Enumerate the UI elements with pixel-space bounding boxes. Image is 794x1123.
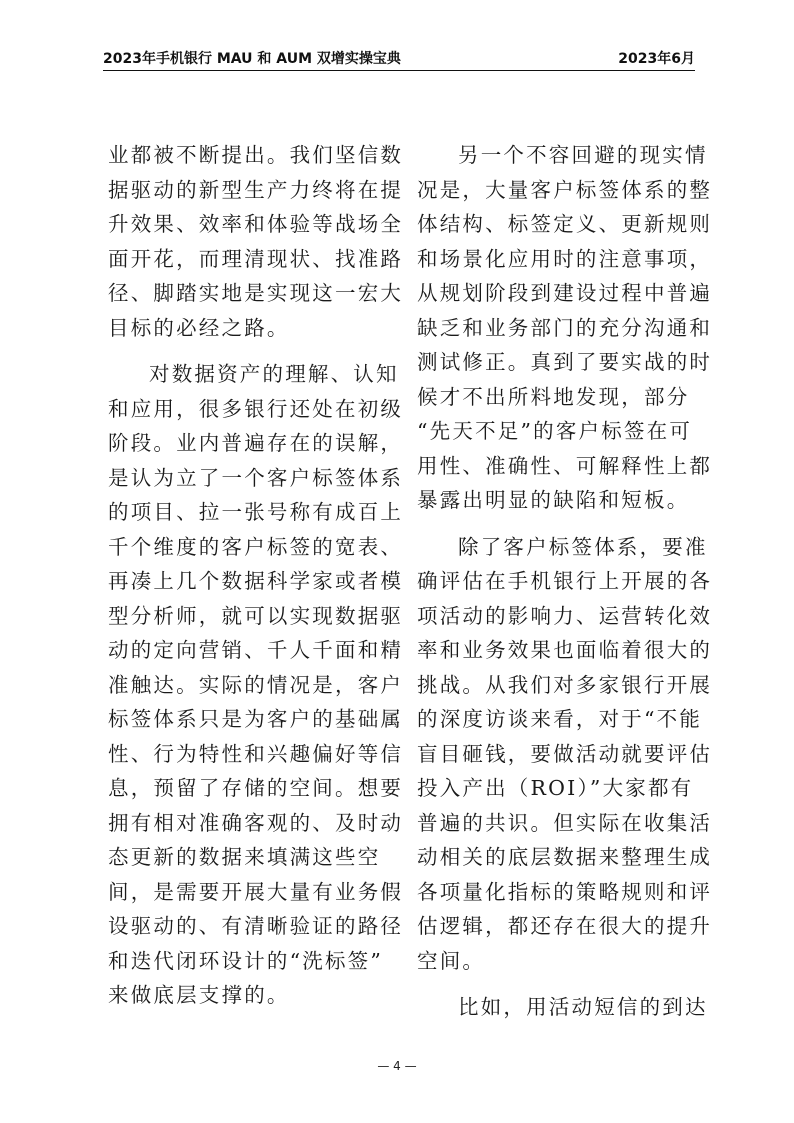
text-line: 升效果、效率和体验等战场全 xyxy=(108,207,390,242)
document-date: 2023年6月 xyxy=(618,48,695,68)
text-line: 空间。 xyxy=(417,944,699,979)
text-line: 和应用，很多银行还处在初级 xyxy=(108,392,390,427)
text-line: 径、脚踏实地是实现这一宏大 xyxy=(108,276,390,311)
text-line: 和场景化应用时的注意事项， xyxy=(417,242,699,277)
text-line: 普遍的共识。但实际在收集活 xyxy=(417,806,699,841)
text-line: 盲目砸钱，要做活动就要评估 xyxy=(417,737,699,772)
text-line: 的项目、拉一张号称有成百上 xyxy=(108,495,390,530)
text-line: 估逻辑，都还存在很大的提升 xyxy=(417,909,699,944)
text-line: 对数据资产的理解、认知 xyxy=(108,357,390,392)
text-line: 拥有相对准确客观的、及时动 xyxy=(108,806,390,841)
text-line: 目标的必经之路。 xyxy=(108,311,390,346)
text-line: 业都被不断提出。我们坚信数 xyxy=(108,138,390,173)
text-line: 缺乏和业务部门的充分沟通和 xyxy=(417,311,699,346)
text-line: 间，是需要开展大量有业务假 xyxy=(108,875,390,910)
text-line: 性、行为特性和兴趣偏好等信 xyxy=(108,737,390,772)
text-line: 阶段。业内普遍存在的误解， xyxy=(108,426,390,461)
text-line: 千个维度的客户标签的宽表、 xyxy=(108,530,390,565)
text-line: 动的定向营销、千人千面和精 xyxy=(108,633,390,668)
text-line: 来做底层支撑的。 xyxy=(108,978,390,1013)
text-line: 除了客户标签体系，要准 xyxy=(417,530,699,565)
paragraph-gap xyxy=(108,345,390,357)
text-line: 面开花，而理清现状、找准路 xyxy=(108,242,390,277)
text-line: 暴露出明显的缺陷和短板。 xyxy=(417,483,699,518)
paragraph: 除了客户标签体系，要准确评估在手机银行上开展的各项活动的影响力、运营转化效率和业… xyxy=(417,530,699,979)
paragraph-gap xyxy=(417,518,699,530)
text-line: 息，预留了存储的空间。想要 xyxy=(108,771,390,806)
text-line: 型分析师，就可以实现数据驱 xyxy=(108,599,390,634)
text-line: 态更新的数据来填满这些空 xyxy=(108,840,390,875)
text-line: 和迭代闭环设计的“洗标签” xyxy=(108,944,390,979)
text-line: 动相关的底层数据来整理生成 xyxy=(417,840,699,875)
left-text-column: 业都被不断提出。我们坚信数据驱动的新型生产力终将在提升效果、效率和体验等战场全面… xyxy=(108,138,390,1013)
text-line: 比如，用活动短信的到达 xyxy=(417,990,699,1025)
text-line: 用性、准确性、可解释性上都 xyxy=(417,449,699,484)
text-line: 从规划阶段到建设过程中普遍 xyxy=(417,276,699,311)
text-line: 测试修正。真到了要实战的时 xyxy=(417,345,699,380)
page-number: — 4 — xyxy=(0,1059,794,1073)
document-title: 2023年手机银行 MAU 和 AUM 双增实操宝典 xyxy=(103,48,401,68)
text-line: 准触达。实际的情况是，客户 xyxy=(108,668,390,703)
text-line: 候才不出所料地发现，部分 xyxy=(417,380,699,415)
text-line: 确评估在手机银行上开展的各 xyxy=(417,564,699,599)
text-line: 另一个不容回避的现实情 xyxy=(417,138,699,173)
text-line: 项活动的影响力、运营转化效 xyxy=(417,599,699,634)
paragraph-gap xyxy=(417,978,699,990)
text-line: 设驱动的、有清晰验证的路径 xyxy=(108,909,390,944)
text-line: 的深度访谈来看，对于“不能 xyxy=(417,702,699,737)
text-line: 再凑上几个数据科学家或者模 xyxy=(108,564,390,599)
text-line: 况是，大量客户标签体系的整 xyxy=(417,173,699,208)
text-line: 标签体系只是为客户的基础属 xyxy=(108,702,390,737)
text-line: 据驱动的新型生产力终将在提 xyxy=(108,173,390,208)
paragraph: 另一个不容回避的现实情况是，大量客户标签体系的整体结构、标签定义、更新规则和场景… xyxy=(417,138,699,518)
paragraph: 业都被不断提出。我们坚信数据驱动的新型生产力终将在提升效果、效率和体验等战场全面… xyxy=(108,138,390,345)
right-text-column: 另一个不容回避的现实情况是，大量客户标签体系的整体结构、标签定义、更新规则和场景… xyxy=(417,138,699,1025)
running-header: 2023年手机银行 MAU 和 AUM 双增实操宝典 2023年6月 xyxy=(103,44,695,71)
text-line: 是认为立了一个客户标签体系 xyxy=(108,461,390,496)
text-line: 投入产出（ROI）”大家都有 xyxy=(417,771,699,806)
text-line: 挑战。从我们对多家银行开展 xyxy=(417,668,699,703)
text-line: 率和业务效果也面临着很大的 xyxy=(417,633,699,668)
paragraph: 对数据资产的理解、认知和应用，很多银行还处在初级阶段。业内普遍存在的误解，是认为… xyxy=(108,357,390,1013)
paragraph: 比如，用活动短信的到达 xyxy=(417,990,699,1025)
text-line: 体结构、标签定义、更新规则 xyxy=(417,207,699,242)
text-line: 各项量化指标的策略规则和评 xyxy=(417,875,699,910)
text-line: “先天不足”的客户标签在可 xyxy=(417,414,699,449)
